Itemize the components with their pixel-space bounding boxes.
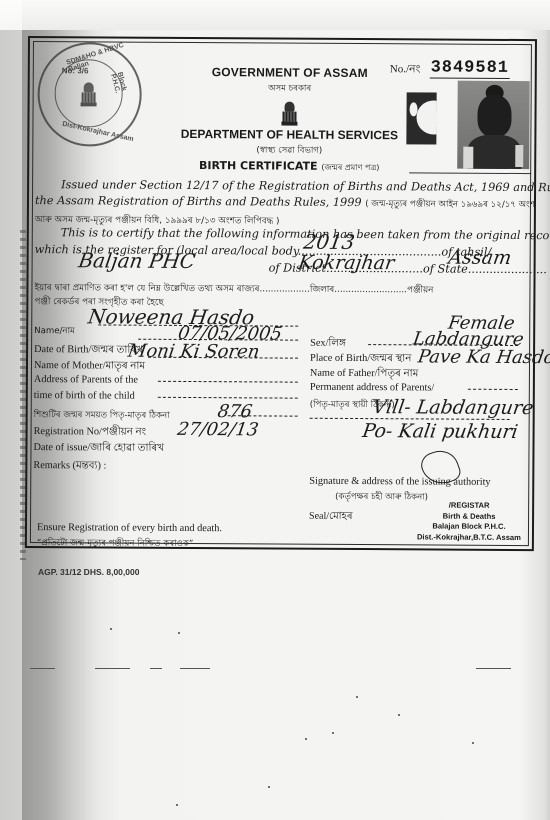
preamble-line-2-en: the Assam Registration of Births and Dea… [35,194,362,209]
scan-speck [356,696,358,698]
authority-line-4: Dist.-Kokrajhar,B.T.C. Assam [399,532,539,543]
scan-mark [150,668,162,669]
scan-speck [178,632,180,634]
label-address-parents-bn: শিশুটিৰ জন্মৰ সময়ত পিতৃ-মাতৃৰ ঠিকনা [34,408,170,423]
ashoka-emblem-icon [80,82,98,108]
address-fill-line-2 [158,397,298,399]
scan-speck [268,786,270,788]
handwritten-local-body: Baljan PHC [77,248,197,273]
page-left-edge [0,0,22,820]
label-permanent-address: Permanent address of Parents/ [310,382,434,394]
certificate-number: 3849581 [430,58,510,78]
label-registration-no: Registration No/পঞ্জীয়ন নং [34,424,147,442]
signature-label: Signature & address of the issuing autho… [309,476,490,488]
scan-mark [95,668,130,669]
preamble-line-2: the Assam Registration of Births and Dea… [35,194,535,212]
certificate-header: GOVERNMENT OF ASSAM অসম চৰকাৰ DEPARTMENT… [169,65,410,175]
scan-mark [476,668,511,669]
ensure-registration-note: Ensure Registration of every birth and d… [37,522,222,534]
page-top-margin [0,0,550,30]
certificate-number-label: No./নং [390,60,421,79]
scan-mark [30,668,55,669]
certificate-title: BIRTH CERTIFICATE (জন্মৰ প্ৰমাণ পত্ৰ) [169,159,409,175]
label-address-parents-2: time of birth of the child [34,390,135,402]
scan-mark [180,668,210,669]
handwritten-father-name: Pave Ka Hasdo [417,346,550,368]
handwritten-address-line-1: Vill- Labdangure [371,396,535,419]
scan-speck [472,742,474,744]
address-fill-line-1 [158,381,298,383]
department-title: DEPARTMENT OF HEALTH SERVICES [169,127,409,142]
scan-speck [305,738,307,740]
permanent-address-fill-line [468,389,518,390]
header-divider [409,172,531,174]
preamble-line-2-bn: ( জন্ম-মৃত্যুৰ পঞ্জীয়ন আইন ১৯৬৯ৰ ১২/১৭ … [365,199,535,210]
department-title-bn: (স্বাস্থ্য সেৱা বিভাগ) [169,143,409,158]
ensure-registration-note-bn: “প্ৰতিটো জন্ম-মৃত্যুৰ পঞ্জীয়ন নিশ্চিত ক… [37,536,194,551]
certificate-title-bn: (জন্মৰ প্ৰমাণ পত্ৰ) [321,163,379,172]
label-father-name: Name of Father/পিতৃৰ নাম [310,366,418,384]
label-name: Name/নাম [34,324,75,338]
child-photo [457,81,530,169]
birth-certificate-frame: SDM&HO & HBVC Baljan Block P.H.C. Dist-K… [25,36,537,551]
scan-speck [398,714,400,716]
seal-number: No: 3/6 [62,66,89,75]
scan-speck [332,732,334,734]
handwritten-district: Kokrajhar [297,252,396,275]
office-seal-stamp: SDM&HO & HBVC Baljan Block P.H.C. Dist-K… [37,42,142,147]
scanned-page: SDM&HO & HBVC Baljan Block P.H.C. Dist-K… [0,0,550,820]
issuing-authority-stamp: /REGISTAR Birth & Deaths Balajan Block P… [399,500,539,543]
label-date-of-issue: Date of issue/জাৰি হোৱা তাৰিখ [33,440,164,458]
government-title-bn: অসম চৰকাৰ [170,81,410,96]
scan-speck [110,628,112,630]
seal-label: Seal/মোহৰ [309,509,352,526]
health-logo-icon [406,92,436,144]
handwritten-year: 2013 [302,230,356,254]
handwritten-state: Assam [447,247,513,269]
government-title: GOVERNMENT OF ASSAM [170,65,410,80]
print-code: AGP. 31/12 DHS. 8,00,000 [38,567,139,577]
handwritten-date-of-issue: 27/02/13 [176,419,260,440]
preamble-line-1: Issued under Section 12/17 of the Regist… [61,178,550,194]
certificate-title-en: BIRTH CERTIFICATE [199,159,318,173]
handwritten-address-line-2: Po- Kali pukhuri [361,420,519,443]
national-emblem-icon [280,102,298,128]
handwritten-mother-name: Moni Ki Soren [127,341,261,363]
label-remarks: Remarks (মন্তব্য) : [33,458,106,475]
scan-speck [176,804,178,806]
label-address-parents-1: Address of Parents of the [34,374,138,386]
